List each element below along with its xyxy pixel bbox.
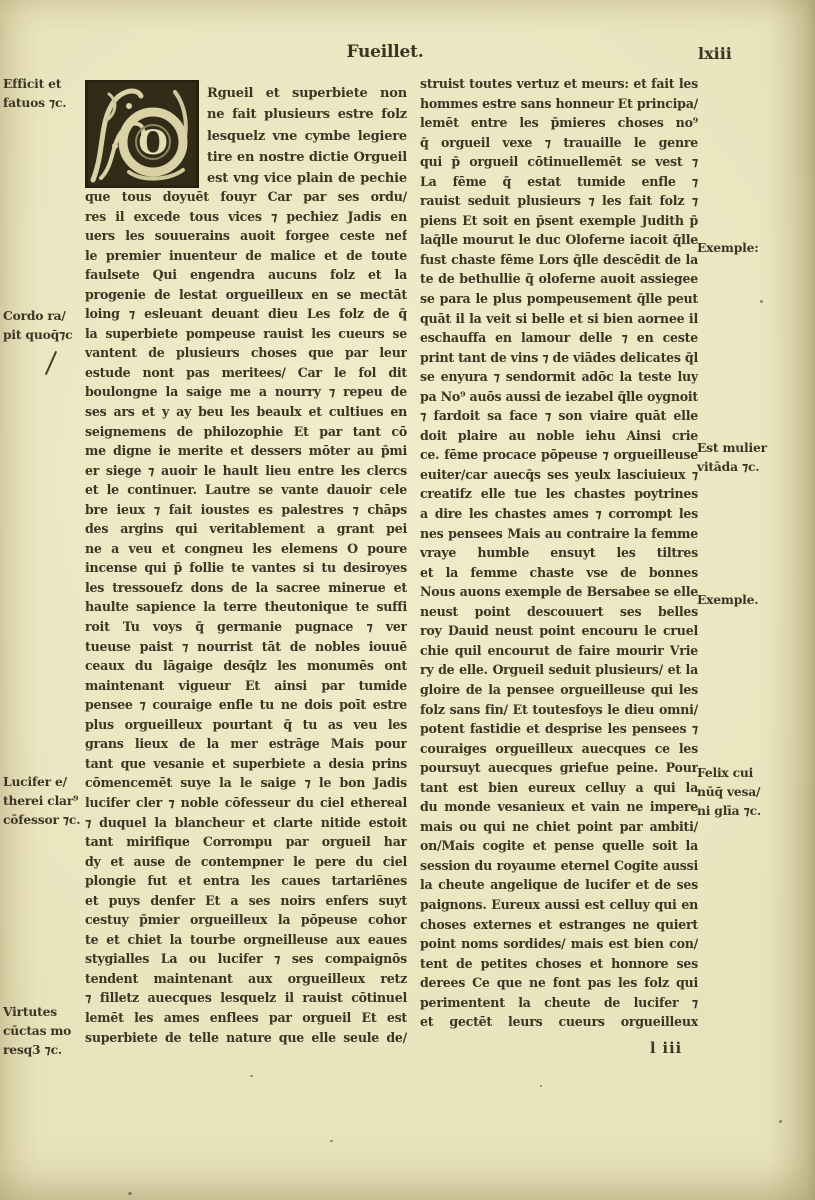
text-line: roit Tu voys q̄ germanie pugnace ⁊ ver <box>85 617 407 637</box>
margin-pen-stroke <box>45 351 57 376</box>
ink-speck <box>760 300 763 303</box>
text-line: bre ieux ⁊ fait ioustes es palestres ⁊ c… <box>85 500 407 520</box>
ink-speck <box>250 1075 253 1077</box>
ink-speck <box>330 1140 333 1142</box>
text-line: cōmencemēt suye la le saige ⁊ le bon Jad… <box>85 773 407 793</box>
margin-note-line: cōfessor ⁊c. <box>3 810 85 829</box>
text-line: dy et ause de contempner le pere du ciel <box>85 852 407 872</box>
margin-note-line: vitāda ⁊c. <box>697 457 792 476</box>
text-line: et puys denfer Et a ses noirs enfers suy… <box>85 891 407 911</box>
text-line: haulte sapience la terre theutonique te … <box>85 597 407 617</box>
margin-note-line: Efficit et <box>3 74 85 93</box>
text-line: Rgueil et superbiete non sai <box>207 83 407 104</box>
text-line: gloire de la pensee orgueilleuse qui les… <box>420 680 698 700</box>
text-line: lemēt les ames enflees par orgueil Et es… <box>85 1008 407 1028</box>
text-line: et le continuer. Lautre se vante dauoir … <box>85 480 407 500</box>
text-line: maintenant vigueur Et ainsi par tumide <box>85 676 407 696</box>
margin-note: Efficit etfatuos ⁊c. <box>3 74 85 112</box>
text-line: pa No⁹ auōs aussi de iezabel q̄lle oygno… <box>420 387 698 407</box>
text-line: quāt il la veit si belle et si bien aorn… <box>420 309 698 329</box>
text-line: ⁊ duquel la blancheur et clarte nitide e… <box>85 813 407 833</box>
text-line: tire en nostre dictie Orgueil <box>207 147 407 168</box>
margin-note-line: resq3 ⁊c. <box>3 1040 85 1059</box>
text-line: piens Et soit en p̄sent exemple Judith p… <box>420 211 698 231</box>
text-line: lesquelz vne cymbe legiere <box>207 126 407 147</box>
text-line: la superbiete pompeuse rauist les cueurs… <box>85 324 407 344</box>
folio-number: lxiii <box>698 44 758 63</box>
margin-note-line: Felix cui <box>697 763 792 782</box>
margin-note-line: Cordo ra/ <box>3 306 85 325</box>
margin-note-line: Est mulier <box>697 438 792 457</box>
text-line: nes pensees Mais au contraire la femme <box>420 524 698 544</box>
text-line: rauist seduit plusieurs ⁊ les fait folz … <box>420 191 698 211</box>
text-line: poursuyt auecques griefue peine. Pour <box>420 758 698 778</box>
text-line: et la femme chaste vse de bonnes louenge… <box>420 563 698 583</box>
text-line: on/Mais cogite et pense quelle soit la p… <box>420 836 698 856</box>
ink-speck <box>540 1085 542 1087</box>
text-line: tant est bien eureux celluy a qui la glo… <box>420 778 698 798</box>
text-line: seignemens de philozophie Et par tant cō <box>85 422 407 442</box>
text-line: potent fastidie et desprise les pensees … <box>420 719 698 739</box>
text-line: La fēme q̄ estat tumide enfle ⁊ orgueill… <box>420 172 698 192</box>
text-line: print tant de vins ⁊ de viādes delicates… <box>420 348 698 368</box>
text-line: superbiete de telle nature que elle seul… <box>85 1028 407 1048</box>
text-line: chie quil encourut de faire mourir Vrie … <box>420 641 698 661</box>
text-line: qui p̄ orgueil cōtinuellemēt se vest ⁊ p… <box>420 152 698 172</box>
margin-note-line: Virtutes <box>3 1002 85 1021</box>
margin-note-line: therei clar⁹ <box>3 791 85 810</box>
text-line: creatifz elle tue les chastes poytrines … <box>420 484 698 504</box>
text-line: des argins qui veritablement a grant pei <box>85 519 407 539</box>
text-line: ne a veu et congneu les elemens O poure <box>85 539 407 559</box>
text-line: ce. fēme procace pōpeuse ⁊ orgueilleuse … <box>420 445 698 465</box>
text-line: ⁊ fardoit sa face ⁊ son viaire quāt elle… <box>420 406 698 426</box>
text-line: plongie fut et entra les caues tartariēn… <box>85 871 407 891</box>
text-line: et gectēt leurs cueurs orgueilleux deden… <box>420 1012 698 1032</box>
text-line: eschauffa en lamour delle ⁊ en ceste ard… <box>420 328 698 348</box>
text-line: mais ou qui ne chiet point par ambiti/ <box>420 817 698 837</box>
margin-note-line: ni glīa ⁊c. <box>697 801 792 820</box>
text-line: la cheute angelique de lucifer et de ses… <box>420 875 698 895</box>
right-column: struist toutes vertuz et meurs: et fait … <box>420 74 698 1032</box>
text-line: tant mirifique Corrompu par orgueil har <box>85 832 407 852</box>
text-line: vantent de plusieurs choses que par leur <box>85 343 407 363</box>
text-line: vraye humble ensuyt les tiltres dhonneur <box>420 543 698 563</box>
text-line: paignons. Eureux aussi est celluy qui en <box>420 895 698 915</box>
text-line: plus orgueilleux pourtant q̄ tu as veu l… <box>85 715 407 735</box>
text-line: ⁊ filletz auecques lesquelz il rauist cō… <box>85 988 407 1008</box>
text-line: faulsete Qui engendra aucuns folz et la <box>85 265 407 285</box>
text-line: boulongne la saige me a nourry ⁊ repeu d… <box>85 382 407 402</box>
text-line: derees Ce que ne font pas les folz qui e… <box>420 973 698 993</box>
text-line: hommes estre sans honneur Et principa/ <box>420 94 698 114</box>
margin-note: Lucifer e/therei clar⁹cōfessor ⁊c. <box>3 772 85 829</box>
text-line: q̄ orgueil vexe ⁊ trauaille le genre fem… <box>420 133 698 153</box>
text-line: pensee ⁊ couraige enfle tu ne dois poīt … <box>85 695 407 715</box>
text-line: ry de elle. Orgueil seduit plusieurs/ et… <box>420 660 698 680</box>
left-column-opening: O Rgueil et superbiete non saine fait pl… <box>85 80 407 189</box>
margin-note: Exemple. <box>697 590 792 609</box>
text-line: ne fait plusieurs estre folz <box>207 104 407 125</box>
text-line: session du royaume eternel Cogite aussi <box>420 856 698 876</box>
text-line: le premier inuenteur de malice et de tou… <box>85 246 407 266</box>
ink-speck <box>779 1120 782 1123</box>
text-line: neust point descouuert ses belles cuisse… <box>420 602 698 622</box>
text-line: res il excede tous vices ⁊ pechiez Jadis… <box>85 207 407 227</box>
text-line: lemēt entre les p̄mieres choses no⁹ voyō… <box>420 113 698 133</box>
margin-note-line: Exemple: <box>697 238 792 257</box>
running-title: Fueillet. <box>330 42 440 62</box>
text-line: ceaux du lāgaige desq̄lz les monumēs ont <box>85 656 407 676</box>
text-line: me digne ie merite et dessers mōter au p… <box>85 441 407 461</box>
text-line: te et chiet la tourbe orgneilleuse aux e… <box>85 930 407 950</box>
text-line: er siege ⁊ auoir le hault lieu entre les… <box>85 461 407 481</box>
text-line: fust chaste fēme Lors q̄lle descēdit de … <box>420 250 698 270</box>
text-line: te de bethullie q̄ oloferne auoit assieg… <box>420 269 698 289</box>
text-line: tant que vesanie et superbiete a desia p… <box>85 754 407 774</box>
margin-note: Exemple: <box>697 238 792 257</box>
text-line: tueuse paist ⁊ nourrist tāt de nobles io… <box>85 637 407 657</box>
text-line: stygialles La ou lucifer ⁊ ses compaignō… <box>85 949 407 969</box>
text-line: uers les souuerains auoit forgee ceste n… <box>85 226 407 246</box>
text-line: lucifer cler ⁊ noble cōfesseur du ciel e… <box>85 793 407 813</box>
initial-letter: O <box>138 123 168 163</box>
text-line: se enyura ⁊ sendormit adōc la teste luy … <box>420 367 698 387</box>
ink-speck <box>128 1192 132 1195</box>
woodcut-initial-O-icon: O <box>85 80 199 188</box>
text-line: point noms sordides/ mais est bien con/ <box>420 934 698 954</box>
margin-note-line: Lucifer e/ <box>3 772 85 791</box>
text-line: euiter/car auecq̄s ses yeulx lasciuieux … <box>420 465 698 485</box>
margin-note-line: pit quoq̄⁊c <box>3 325 85 344</box>
margin-note-line: fatuos ⁊c. <box>3 93 85 112</box>
text-line: Nous auons exemple de Bersabee se elle <box>420 582 698 602</box>
text-line: a dire les chastes ames ⁊ corrompt les b… <box>420 504 698 524</box>
text-line: du monde vesanieux et vain ne impere ia <box>420 797 698 817</box>
text-line: estude nont pas meritees/ Car le fol dit <box>85 363 407 383</box>
text-line: progenie de lestat orgueilleux en se mec… <box>85 285 407 305</box>
text-line: ses ars et y ay beu les beaulx et cultiu… <box>85 402 407 422</box>
text-line: struist toutes vertuz et meurs: et fait … <box>420 74 698 94</box>
text-line: perimentent la cheute de lucifer ⁊ p̄cip… <box>420 993 698 1013</box>
text-line: choses externes et estranges ne quiert <box>420 915 698 935</box>
book-page: Fueillet. lxiii Efficit etfatuos ⁊c. Cor… <box>0 0 815 1200</box>
text-line: roy Dauid neust point encouru le cruel p… <box>420 621 698 641</box>
text-line: tendent maintenant aux orgueilleux retz <box>85 969 407 989</box>
left-column: que tous doyuēt fouyr Car par ses ordu/r… <box>85 187 407 1047</box>
text-line: folz sans fin/ Et toutesfoys le dieu omn… <box>420 700 698 720</box>
margin-note-line: cūctas mo <box>3 1021 85 1040</box>
text-line: tent de petites choses et honnore ses mo… <box>420 954 698 974</box>
left-column-opening-lines: Rgueil et superbiete non saine fait plus… <box>207 80 407 189</box>
margin-note: Felix cuinūq̄ vesa/ni glīa ⁊c. <box>697 763 792 820</box>
text-line: grans lieux de la mer estrāge Mais pour <box>85 734 407 754</box>
text-line: se para le plus pompeusement q̄lle peut … <box>420 289 698 309</box>
margin-note-line: nūq̄ vesa/ <box>697 782 792 801</box>
text-line: les tressouefz dons de la sacree minerue… <box>85 578 407 598</box>
margin-note: Cordo ra/pit quoq̄⁊c <box>3 306 85 344</box>
text-line: incense qui p̄ follie te vantes si tu de… <box>85 558 407 578</box>
margin-note-line: Exemple. <box>697 590 792 609</box>
text-line: laq̄lle mourut le duc Oloferne iacoit q̄… <box>420 230 698 250</box>
text-line: loing ⁊ esleuant deuant dieu Les folz de… <box>85 304 407 324</box>
quire-signature: l iii <box>650 1040 710 1057</box>
text-line: couraiges orgueilleux auecques ce les <box>420 739 698 759</box>
text-line: cestuy p̄mier orgueilleux la pōpeuse coh… <box>85 910 407 930</box>
text-line: doit plaire au noble iehu Ainsi crie sap… <box>420 426 698 446</box>
margin-note: Est muliervitāda ⁊c. <box>697 438 792 476</box>
text-line: que tous doyuēt fouyr Car par ses ordu/ <box>85 187 407 207</box>
margin-note: Virtutescūctas moresq3 ⁊c. <box>3 1002 85 1059</box>
